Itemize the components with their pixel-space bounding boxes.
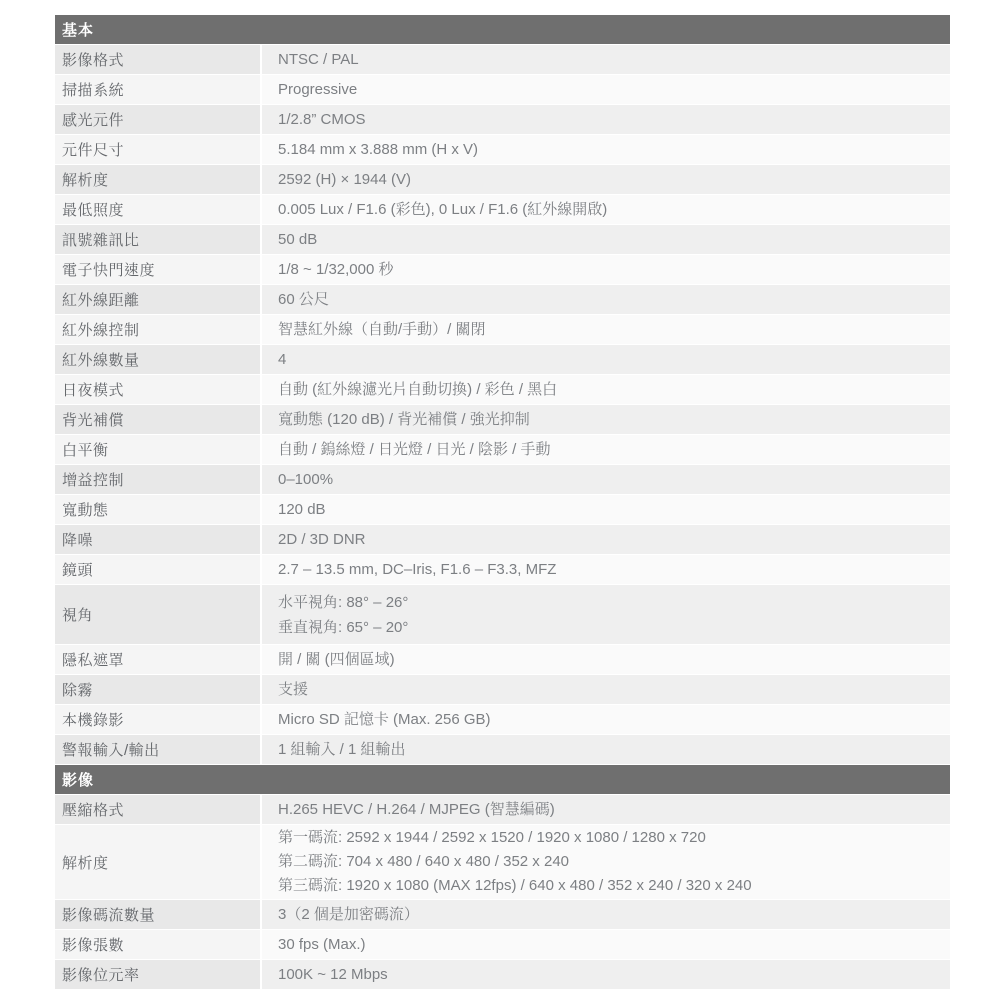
spec-label: 除霧 (55, 675, 260, 704)
spec-row: 影像碼流數量3（2 個是加密碼流） (55, 900, 950, 929)
spec-row: 隱私遮罩開 / 關 (四個區域) (55, 645, 950, 674)
spec-value-line: 開 / 關 (四個區域) (278, 647, 950, 672)
spec-label: 訊號雜訊比 (55, 225, 260, 254)
spec-label: 影像位元率 (55, 960, 260, 989)
spec-value: 第一碼流: 2592 x 1944 / 2592 x 1520 / 1920 x… (262, 825, 950, 899)
spec-value-line: 垂直視角: 65° – 20° (278, 615, 950, 640)
spec-label: 電子快門速度 (55, 255, 260, 284)
spec-row: 紅外線控制智慧紅外線（自動/手動）/ 關閉 (55, 315, 950, 344)
spec-page: 基本影像格式NTSC / PAL掃描系統Progressive感光元件1/2.8… (0, 0, 1000, 1000)
spec-row: 背光補償寬動態 (120 dB) / 背光補償 / 強光抑制 (55, 405, 950, 434)
spec-row: 寬動態120 dB (55, 495, 950, 524)
spec-row: 本機錄影Micro SD 記憶卡 (Max. 256 GB) (55, 705, 950, 734)
spec-value: 4 (262, 345, 950, 374)
spec-row: 最低照度0.005 Lux / F1.6 (彩色), 0 Lux / F1.6 … (55, 195, 950, 224)
spec-value: 30 fps (Max.) (262, 930, 950, 959)
spec-value-line: 2D / 3D DNR (278, 527, 950, 552)
spec-label: 影像張數 (55, 930, 260, 959)
spec-row: 掃描系統Progressive (55, 75, 950, 104)
spec-value-line: NTSC / PAL (278, 47, 950, 72)
spec-label: 視角 (55, 585, 260, 644)
spec-label: 解析度 (55, 165, 260, 194)
spec-value-line: 120 dB (278, 497, 950, 522)
spec-label: 感光元件 (55, 105, 260, 134)
spec-value-line: Micro SD 記憶卡 (Max. 256 GB) (278, 707, 950, 732)
spec-label: 警報輸入/輸出 (55, 735, 260, 764)
spec-value: 60 公尺 (262, 285, 950, 314)
spec-label: 最低照度 (55, 195, 260, 224)
spec-value-line: 2592 (H) × 1944 (V) (278, 167, 950, 192)
spec-row: 鏡頭2.7 – 13.5 mm, DC–Iris, F1.6 – F3.3, M… (55, 555, 950, 584)
spec-value-line: 自動 / 鎢絲燈 / 日光燈 / 日光 / 陰影 / 手動 (278, 437, 950, 462)
spec-value: 自動 (紅外線濾光片自動切換) / 彩色 / 黑白 (262, 375, 950, 404)
spec-label: 元件尺寸 (55, 135, 260, 164)
spec-row: 降噪2D / 3D DNR (55, 525, 950, 554)
spec-label: 降噪 (55, 525, 260, 554)
spec-value: Progressive (262, 75, 950, 104)
spec-value-line: 第一碼流: 2592 x 1944 / 2592 x 1520 / 1920 x… (278, 826, 950, 850)
spec-label: 日夜模式 (55, 375, 260, 404)
spec-label: 紅外線控制 (55, 315, 260, 344)
spec-row: 解析度2592 (H) × 1944 (V) (55, 165, 950, 194)
spec-value-line: 支援 (278, 677, 950, 702)
spec-value: 2.7 – 13.5 mm, DC–Iris, F1.6 – F3.3, MFZ (262, 555, 950, 584)
spec-value-line: 30 fps (Max.) (278, 932, 950, 957)
spec-value: 5.184 mm x 3.888 mm (H x V) (262, 135, 950, 164)
spec-value-line: 水平視角: 88° – 26° (278, 590, 950, 615)
spec-value: 2D / 3D DNR (262, 525, 950, 554)
spec-label: 影像格式 (55, 45, 260, 74)
spec-value-line: 5.184 mm x 3.888 mm (H x V) (278, 137, 950, 162)
spec-value-line: 0.005 Lux / F1.6 (彩色), 0 Lux / F1.6 (紅外線… (278, 197, 950, 222)
spec-label: 增益控制 (55, 465, 260, 494)
spec-value-line: 寬動態 (120 dB) / 背光補償 / 強光抑制 (278, 407, 950, 432)
spec-value: 水平視角: 88° – 26°垂直視角: 65° – 20° (262, 585, 950, 644)
spec-label: 掃描系統 (55, 75, 260, 104)
spec-value: 開 / 關 (四個區域) (262, 645, 950, 674)
spec-row: 警報輸入/輸出1 組輸入 / 1 組輸出 (55, 735, 950, 764)
spec-row: 感光元件1/2.8” CMOS (55, 105, 950, 134)
spec-value-line: H.265 HEVC / H.264 / MJPEG (智慧編碼) (278, 797, 950, 822)
spec-value: 2592 (H) × 1944 (V) (262, 165, 950, 194)
spec-table: 基本影像格式NTSC / PAL掃描系統Progressive感光元件1/2.8… (55, 15, 950, 990)
spec-value: 智慧紅外線（自動/手動）/ 關閉 (262, 315, 950, 344)
spec-value: 3（2 個是加密碼流） (262, 900, 950, 929)
spec-value: 100K ~ 12 Mbps (262, 960, 950, 989)
spec-row: 除霧支援 (55, 675, 950, 704)
spec-row: 元件尺寸5.184 mm x 3.888 mm (H x V) (55, 135, 950, 164)
spec-label: 隱私遮罩 (55, 645, 260, 674)
section-header: 基本 (55, 15, 950, 44)
spec-row: 視角水平視角: 88° – 26°垂直視角: 65° – 20° (55, 585, 950, 644)
spec-value-line: 50 dB (278, 227, 950, 252)
spec-row: 增益控制0–100% (55, 465, 950, 494)
spec-value: 自動 / 鎢絲燈 / 日光燈 / 日光 / 陰影 / 手動 (262, 435, 950, 464)
section-header: 影像 (55, 765, 950, 794)
spec-row: 電子快門速度1/8 ~ 1/32,000 秒 (55, 255, 950, 284)
spec-value: H.265 HEVC / H.264 / MJPEG (智慧編碼) (262, 795, 950, 824)
spec-value: 0–100% (262, 465, 950, 494)
spec-value-line: 自動 (紅外線濾光片自動切換) / 彩色 / 黑白 (278, 377, 950, 402)
spec-row: 日夜模式自動 (紅外線濾光片自動切換) / 彩色 / 黑白 (55, 375, 950, 404)
spec-value-line: 0–100% (278, 467, 950, 492)
spec-value: NTSC / PAL (262, 45, 950, 74)
spec-value-line: 第三碼流: 1920 x 1080 (MAX 12fps) / 640 x 48… (278, 874, 950, 898)
spec-value-line: 1 組輸入 / 1 組輸出 (278, 737, 950, 762)
spec-label: 紅外線距離 (55, 285, 260, 314)
spec-label: 鏡頭 (55, 555, 260, 584)
spec-value: 120 dB (262, 495, 950, 524)
spec-label: 解析度 (55, 825, 260, 899)
spec-value: 支援 (262, 675, 950, 704)
spec-row: 影像位元率100K ~ 12 Mbps (55, 960, 950, 989)
spec-label: 背光補償 (55, 405, 260, 434)
spec-row: 解析度第一碼流: 2592 x 1944 / 2592 x 1520 / 192… (55, 825, 950, 899)
spec-value-line: 100K ~ 12 Mbps (278, 962, 950, 987)
spec-value-line: Progressive (278, 77, 950, 102)
spec-value: 1 組輸入 / 1 組輸出 (262, 735, 950, 764)
spec-row: 紅外線數量4 (55, 345, 950, 374)
spec-label: 影像碼流數量 (55, 900, 260, 929)
spec-value: 1/8 ~ 1/32,000 秒 (262, 255, 950, 284)
spec-value: 寬動態 (120 dB) / 背光補償 / 強光抑制 (262, 405, 950, 434)
spec-value: Micro SD 記憶卡 (Max. 256 GB) (262, 705, 950, 734)
spec-row: 影像張數30 fps (Max.) (55, 930, 950, 959)
spec-value-line: 60 公尺 (278, 287, 950, 312)
spec-row: 白平衡自動 / 鎢絲燈 / 日光燈 / 日光 / 陰影 / 手動 (55, 435, 950, 464)
spec-value-line: 1/8 ~ 1/32,000 秒 (278, 257, 950, 282)
spec-label: 寬動態 (55, 495, 260, 524)
spec-value-line: 1/2.8” CMOS (278, 107, 950, 132)
spec-label: 本機錄影 (55, 705, 260, 734)
spec-row: 壓縮格式H.265 HEVC / H.264 / MJPEG (智慧編碼) (55, 795, 950, 824)
spec-label: 紅外線數量 (55, 345, 260, 374)
spec-row: 訊號雜訊比50 dB (55, 225, 950, 254)
spec-value: 1/2.8” CMOS (262, 105, 950, 134)
spec-value-line: 智慧紅外線（自動/手動）/ 關閉 (278, 317, 950, 342)
spec-value-line: 第二碼流: 704 x 480 / 640 x 480 / 352 x 240 (278, 850, 950, 874)
spec-value: 0.005 Lux / F1.6 (彩色), 0 Lux / F1.6 (紅外線… (262, 195, 950, 224)
spec-value-line: 4 (278, 347, 950, 372)
spec-value-line: 3（2 個是加密碼流） (278, 902, 950, 927)
spec-row: 影像格式NTSC / PAL (55, 45, 950, 74)
spec-value: 50 dB (262, 225, 950, 254)
spec-label: 白平衡 (55, 435, 260, 464)
spec-label: 壓縮格式 (55, 795, 260, 824)
spec-value-line: 2.7 – 13.5 mm, DC–Iris, F1.6 – F3.3, MFZ (278, 557, 950, 582)
spec-row: 紅外線距離60 公尺 (55, 285, 950, 314)
